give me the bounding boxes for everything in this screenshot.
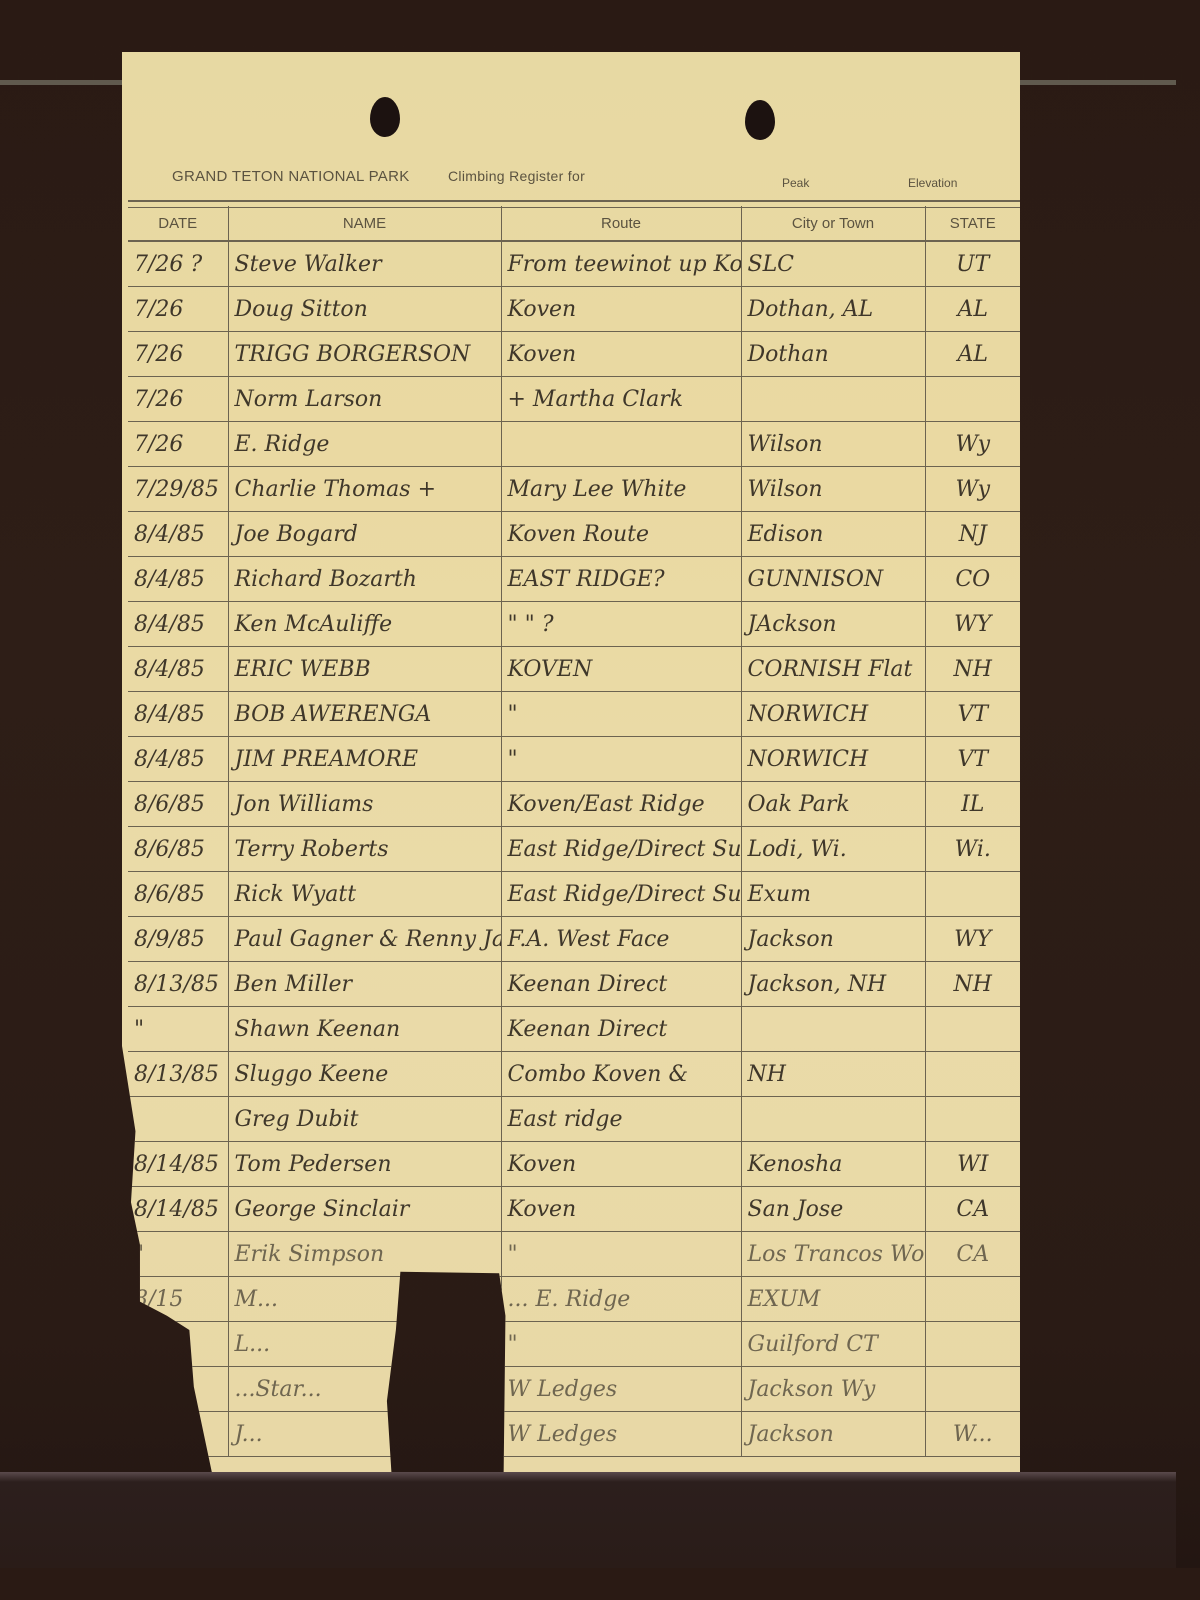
cell-route: EAST RIDGE? <box>501 557 741 602</box>
cell-date: 8/9/85 <box>128 917 228 962</box>
cell-state: VT <box>925 737 1020 782</box>
table-row: 8/15M...... E. RidgeEXUM <box>128 1277 1020 1322</box>
table-row: 8/6/85Rick WyattEast Ridge/Direct Summit… <box>128 872 1020 917</box>
cell-name: J... <box>228 1412 501 1457</box>
cell-name: Norm Larson <box>228 377 501 422</box>
cell-name: Doug Sitton <box>228 287 501 332</box>
table-row: 8/4/85ERIC WEBBKOVENCORNISH FlatNH <box>128 647 1020 692</box>
cell-name: TRIGG BORGERSON <box>228 332 501 377</box>
cell-date: 7/26 <box>128 332 228 377</box>
cell-name: Jon Williams <box>228 782 501 827</box>
cell-date: 8/6/85 <box>128 782 228 827</box>
cell-city: NORWICH <box>741 737 925 782</box>
cell-route: East Ridge/Direct Summit Block <box>501 872 741 917</box>
column-header-state: STATE <box>925 206 1020 241</box>
cell-city <box>741 377 925 422</box>
cell-state: NJ <box>925 512 1020 557</box>
table-header-row: DATE NAME Route City or Town STATE <box>128 206 1020 241</box>
table-row: 8/4/85Ken McAuliffe" " ?JAcksonWY <box>128 602 1020 647</box>
cell-city: GUNNISON <box>741 557 925 602</box>
cell-route: Mary Lee White <box>501 467 741 512</box>
cell-state <box>925 377 1020 422</box>
cell-name: ERIC WEBB <box>228 647 501 692</box>
table-row: ...Star...W LedgesJackson Wy <box>128 1367 1020 1412</box>
cell-city: NORWICH <box>741 692 925 737</box>
table-row: 8/4/85Richard BozarthEAST RIDGE?GUNNISON… <box>128 557 1020 602</box>
cell-date: 7/26 <box>128 377 228 422</box>
cell-name: Greg Dubit <box>228 1097 501 1142</box>
cell-route: W Ledges <box>501 1412 741 1457</box>
column-header-route: Route <box>501 206 741 241</box>
cell-date: 8/15 <box>128 1277 228 1322</box>
cell-name: Paul Gagner & Renny Jackson <box>228 917 501 962</box>
cell-state: Wy <box>925 467 1020 512</box>
cell-route: From teewinot up Koven <box>501 241 741 287</box>
cell-city: Lodi, Wi. <box>741 827 925 872</box>
column-header-date: DATE <box>128 206 228 241</box>
cell-state: WY <box>925 602 1020 647</box>
cell-name: Shawn Keenan <box>228 1007 501 1052</box>
cell-route <box>501 422 741 467</box>
cell-route: " <box>501 1232 741 1277</box>
table-row: 8/6/85Jon WilliamsKoven/East RidgeOak Pa… <box>128 782 1020 827</box>
cell-state: UT <box>925 241 1020 287</box>
cell-route: East Ridge/Direct Summit <box>501 827 741 872</box>
cell-date: 8/6/85 <box>128 872 228 917</box>
cell-name: Rick Wyatt <box>228 872 501 917</box>
cell-city: Kenosha <box>741 1142 925 1187</box>
cell-state <box>925 1277 1020 1322</box>
cell-name: Sluggo Keene <box>228 1052 501 1097</box>
cell-state: VT <box>925 692 1020 737</box>
cell-date: 8/4/85 <box>128 737 228 782</box>
cell-city: JAckson <box>741 602 925 647</box>
cell-route: Koven <box>501 287 741 332</box>
table-row: 8/4/85BOB AWERENGA"NORWICHVT <box>128 692 1020 737</box>
cell-city: Jackson <box>741 1412 925 1457</box>
cell-route: " <box>501 737 741 782</box>
register-sheet: GRAND TETON NATIONAL PARK Climbing Regis… <box>122 52 1020 1472</box>
cell-name: L... <box>228 1322 501 1367</box>
cell-city: Edison <box>741 512 925 557</box>
table-row: 8/14/85George SinclairKovenSan JoseCA <box>128 1187 1020 1232</box>
cell-route: Keenan Direct <box>501 1007 741 1052</box>
table-row: 8/6/85Terry RobertsEast Ridge/Direct Sum… <box>128 827 1020 872</box>
cell-name: Erik Simpson <box>228 1232 501 1277</box>
table-row: 7/26 ?Steve WalkerFrom teewinot up Koven… <box>128 241 1020 287</box>
cell-city: Jackson <box>741 917 925 962</box>
cell-date: 8/4/85 <box>128 602 228 647</box>
cell-route: F.A. West Face <box>501 917 741 962</box>
cell-date: 8/13/85 <box>128 962 228 1007</box>
display-frame-bottom <box>0 1472 1176 1568</box>
cell-state: AL <box>925 287 1020 332</box>
cell-route: Combo Koven & <box>501 1052 741 1097</box>
cell-city: Jackson Wy <box>741 1367 925 1412</box>
cell-state: IL <box>925 782 1020 827</box>
cell-name: Ben Miller <box>228 962 501 1007</box>
cell-route: East ridge <box>501 1097 741 1142</box>
cell-route: Koven <box>501 1142 741 1187</box>
cell-city: Jackson, NH <box>741 962 925 1007</box>
cell-name: ...Star... <box>228 1367 501 1412</box>
cell-route: Koven <box>501 332 741 377</box>
cell-name: E. Ridge <box>228 422 501 467</box>
cell-state: CA <box>925 1232 1020 1277</box>
table-row: 8/13/85Ben MillerKeenan DirectJackson, N… <box>128 962 1020 1007</box>
table-row: "Erik Simpson"Los Trancos WoodsCA <box>128 1232 1020 1277</box>
cell-name: Tom Pedersen <box>228 1142 501 1187</box>
cell-city: CORNISH Flat <box>741 647 925 692</box>
cell-name: Steve Walker <box>228 241 501 287</box>
cell-route: ... E. Ridge <box>501 1277 741 1322</box>
table-row: 8/9/85Paul Gagner & Renny JacksonF.A. We… <box>128 917 1020 962</box>
cell-city: Oak Park <box>741 782 925 827</box>
cell-route: Koven/East Ridge <box>501 782 741 827</box>
column-header-name: NAME <box>228 206 501 241</box>
cell-city <box>741 1007 925 1052</box>
cell-date: 8/6/85 <box>128 827 228 872</box>
cell-date <box>128 1367 228 1412</box>
table-row: 7/26E. RidgeWilsonWy <box>128 422 1020 467</box>
cell-state: Wy <box>925 422 1020 467</box>
cell-state: CA <box>925 1187 1020 1232</box>
punch-hole-right <box>745 100 775 140</box>
cell-city: NH <box>741 1052 925 1097</box>
cell-date: 8/14/85 <box>128 1142 228 1187</box>
cell-city: Los Trancos Woods <box>741 1232 925 1277</box>
column-header-city: City or Town <box>741 206 925 241</box>
cell-route: " <box>501 1322 741 1367</box>
cell-name: Joe Bogard <box>228 512 501 557</box>
cell-state: NH <box>925 647 1020 692</box>
cell-city: Wilson <box>741 422 925 467</box>
cell-name: Ken McAuliffe <box>228 602 501 647</box>
cell-state <box>925 1052 1020 1097</box>
table-row: 7/29/85Charlie Thomas +Mary Lee WhiteWil… <box>128 467 1020 512</box>
cell-route: " " ? <box>501 602 741 647</box>
cell-city: EXUM <box>741 1277 925 1322</box>
cell-date: 8/4/85 <box>128 557 228 602</box>
cell-city <box>741 1097 925 1142</box>
cell-city: Dothan <box>741 332 925 377</box>
elevation-label: Elevation <box>908 176 957 190</box>
cell-city: Dothan, AL <box>741 287 925 332</box>
table-row: 8/4/85JIM PREAMORE"NORWICHVT <box>128 737 1020 782</box>
cell-name: Richard Bozarth <box>228 557 501 602</box>
cell-state <box>925 1097 1020 1142</box>
cell-date: 8/4/85 <box>128 692 228 737</box>
cell-date <box>128 1322 228 1367</box>
cell-state: AL <box>925 332 1020 377</box>
cell-date: 8/4/85 <box>128 512 228 557</box>
peak-label: Peak <box>782 176 809 190</box>
table-row: 8/4/85Joe BogardKoven RouteEdisonNJ <box>128 512 1020 557</box>
table-row: Greg DubitEast ridge <box>128 1097 1020 1142</box>
cell-state: CO <box>925 557 1020 602</box>
cell-date: 7/26 <box>128 422 228 467</box>
cell-route: + Martha Clark <box>501 377 741 422</box>
register-table: DATE NAME Route City or Town STATE 7/26 … <box>128 206 1020 1457</box>
cell-state: Wi. <box>925 827 1020 872</box>
cell-state <box>925 872 1020 917</box>
cell-date <box>128 1412 228 1457</box>
cell-name: BOB AWERENGA <box>228 692 501 737</box>
cell-date: 7/26 ? <box>128 241 228 287</box>
cell-route: W Ledges <box>501 1367 741 1412</box>
register-title: Climbing Register for <box>448 168 585 184</box>
cell-date: 8/4/85 <box>128 647 228 692</box>
cell-state: NH <box>925 962 1020 1007</box>
cell-name: Terry Roberts <box>228 827 501 872</box>
table-row: 7/26Doug SittonKovenDothan, ALAL <box>128 287 1020 332</box>
cell-city: Wilson <box>741 467 925 512</box>
cell-state <box>925 1322 1020 1367</box>
cell-city: SLC <box>741 241 925 287</box>
cell-route: " <box>501 692 741 737</box>
table-row: 7/26Norm Larson+ Martha Clark <box>128 377 1020 422</box>
table-row: L..."Guilford CT <box>128 1322 1020 1367</box>
cell-state: WY <box>925 917 1020 962</box>
cell-city: Exum <box>741 872 925 917</box>
cell-name: JIM PREAMORE <box>228 737 501 782</box>
cell-city: Guilford CT <box>741 1322 925 1367</box>
cell-route: Koven <box>501 1187 741 1232</box>
cell-name: George Sinclair <box>228 1187 501 1232</box>
form-header: GRAND TETON NATIONAL PARK Climbing Regis… <box>172 168 585 185</box>
cell-date <box>128 1097 228 1142</box>
table-row: "Shawn KeenanKeenan Direct <box>128 1007 1020 1052</box>
park-name: GRAND TETON NATIONAL PARK <box>172 168 410 185</box>
cell-city: San Jose <box>741 1187 925 1232</box>
table-row: J...W LedgesJacksonW... <box>128 1412 1020 1457</box>
cell-state <box>925 1007 1020 1052</box>
cell-state <box>925 1367 1020 1412</box>
cell-date: 8/14/85 <box>128 1187 228 1232</box>
punch-hole-left <box>370 97 400 137</box>
cell-name: M... <box>228 1277 501 1322</box>
cell-state: WI <box>925 1142 1020 1187</box>
cell-name: Charlie Thomas + <box>228 467 501 512</box>
table-row: 8/13/85Sluggo KeeneCombo Koven &NH <box>128 1052 1020 1097</box>
cell-date: 7/29/85 <box>128 467 228 512</box>
cell-date: 7/26 <box>128 287 228 332</box>
cell-date: 8/13/85 <box>128 1052 228 1097</box>
register-entries: 7/26 ?Steve WalkerFrom teewinot up Koven… <box>128 241 1020 1457</box>
cell-state: W... <box>925 1412 1020 1457</box>
cell-route: Koven Route <box>501 512 741 557</box>
cell-route: KOVEN <box>501 647 741 692</box>
table-row: 7/26TRIGG BORGERSONKovenDothanAL <box>128 332 1020 377</box>
table-row: 8/14/85Tom PedersenKovenKenoshaWI <box>128 1142 1020 1187</box>
cell-route: Keenan Direct <box>501 962 741 1007</box>
cell-date: " <box>128 1007 228 1052</box>
cell-date: " <box>128 1232 228 1277</box>
